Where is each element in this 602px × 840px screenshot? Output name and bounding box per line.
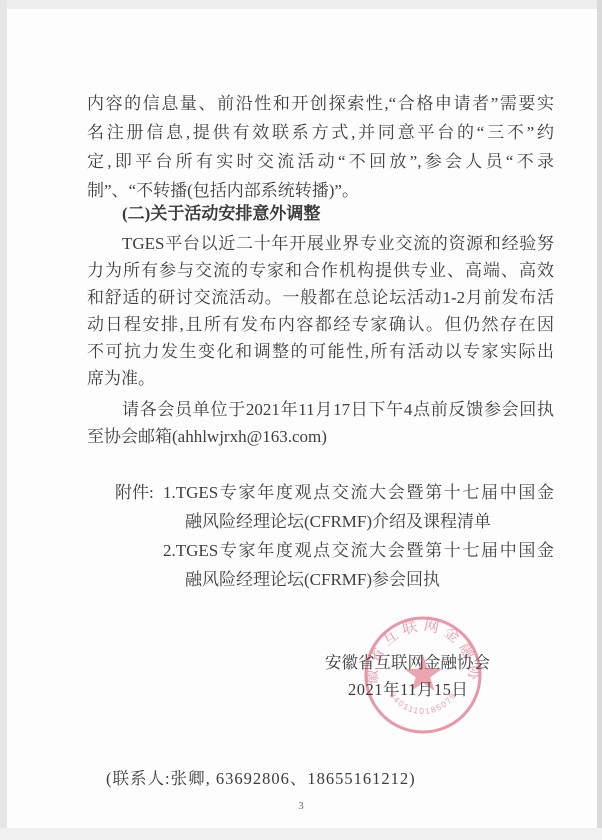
paragraph-schedule-adjustment: TGES平台以近二十年开展业界专业交流的资源和经验努 力为所有参与交流的专家和合… bbox=[87, 230, 554, 392]
section-heading: (二)关于活动安排意外调整 bbox=[87, 199, 554, 228]
official-seal: 安徽省互联网金融协会 3401110185079 bbox=[361, 613, 485, 737]
attachments-label: 附件: bbox=[115, 478, 154, 507]
text-line: 名注册信息,提供有效联系方式,并同意平台的“三不”约 bbox=[87, 118, 554, 147]
paragraph-reply-request: 请各会员单位于2021年11月17日下午4点前反馈参会回执 至协会邮箱(ahhl… bbox=[87, 396, 554, 450]
text-line: 请各会员单位于2021年11月17日下午4点前反馈参会回执 bbox=[87, 396, 554, 423]
text-line: 力为所有参与交流的专家和合作机构提供专业、高端、高效 bbox=[87, 257, 554, 284]
paragraph-platform-terms: 内容的信息量、前沿性和开创探索性,“合格申请者”需要实 名注册信息,提供有效联系… bbox=[87, 89, 554, 205]
scanned-document-page: 内容的信息量、前沿性和开创探索性,“合格申请者”需要实 名注册信息,提供有效联系… bbox=[0, 0, 602, 840]
text-line: 席为准。 bbox=[87, 365, 554, 392]
text-line: 定,即平台所有实时交流活动“不回放”,参会人员“不录 bbox=[87, 147, 554, 176]
attachment-item-line: 融风险经理论坛(CFRMF)介绍及课程清单 bbox=[185, 507, 554, 536]
text-line: 不可抗力发生变化和调整的可能性,所有活动以专家实际出 bbox=[87, 338, 554, 365]
attachments-block: 附件: 1.TGES专家年度观点交流大会暨第十七届中国金 融风险经理论坛(CFR… bbox=[87, 478, 554, 594]
text-line: 和舒适的研讨交流活动。一般都在总论坛活动1-2月前发布活 bbox=[87, 284, 554, 311]
page-number: 3 bbox=[0, 800, 602, 812]
section-heading-block: (二)关于活动安排意外调整 bbox=[87, 199, 554, 228]
attachment-item-line: 2.TGES专家年度观点交流大会暨第十七届中国金 bbox=[163, 536, 554, 565]
text-line: TGES平台以近二十年开展业界专业交流的资源和经验努 bbox=[87, 230, 554, 257]
text-line: 内容的信息量、前沿性和开创探索性,“合格申请者”需要实 bbox=[87, 89, 554, 118]
scan-edge-right bbox=[597, 0, 602, 840]
text-line-email: 至协会邮箱(ahhlwjrxh@163.com) bbox=[87, 423, 554, 450]
attachment-item-line: 1.TGES专家年度观点交流大会暨第十七届中国金 bbox=[163, 478, 554, 507]
signature-date: 2021年11月15日 bbox=[348, 679, 468, 701]
contact-line: (联系人:张卿, 63692806、18655161212) bbox=[106, 768, 416, 790]
scan-edge-left bbox=[0, 0, 7, 840]
attachment-item-line: 融风险经理论坛(CFRMF)参会回执 bbox=[185, 565, 554, 594]
scan-edge-top bbox=[0, 0, 602, 9]
scan-edge-bottom bbox=[0, 828, 602, 840]
signature-organization: 安徽省互联网金融协会 bbox=[325, 652, 490, 674]
text-line: 动日程安排,且所有发布内容都经专家确认。但仍然存在因 bbox=[87, 311, 554, 338]
